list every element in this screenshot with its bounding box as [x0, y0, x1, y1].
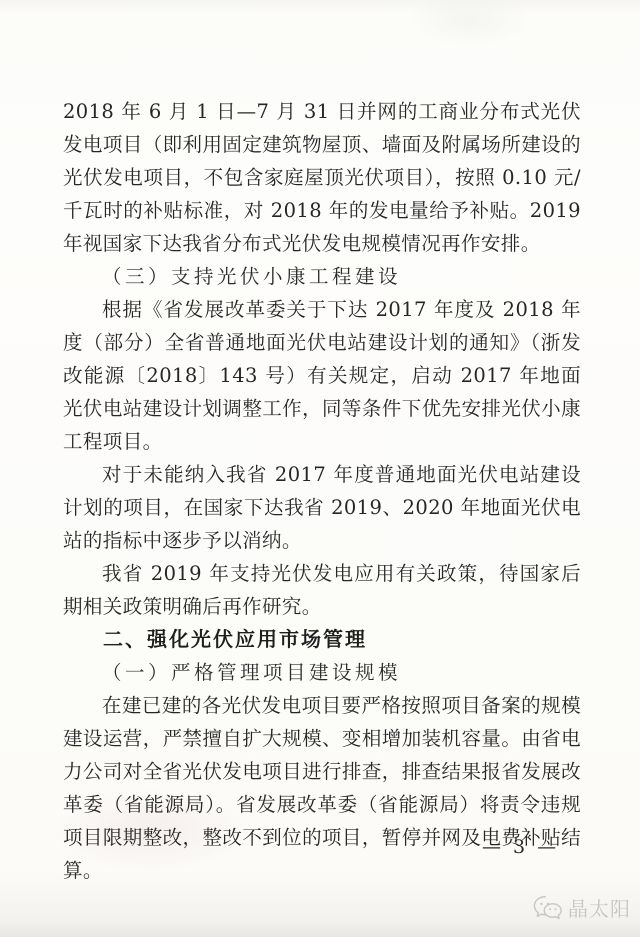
document-page: 2018 年 6 月 1 日—7 月 31 日并网的工商业分布式光伏发电项目（即…	[0, 0, 640, 937]
watermark: 晶太阳	[533, 893, 631, 922]
watermark-label: 晶太阳	[568, 893, 631, 922]
paragraph-ground-pv-plan: 根据《省发展改革委关于下达 2017 年度及 2018 年度（部分）全省普通地面…	[63, 293, 581, 458]
page-number: — 3 —	[482, 836, 559, 858]
subheading-section-3: （三）支持光伏小康工程建设	[63, 260, 581, 293]
heading-section-2: 二、强化光伏应用市场管理	[63, 623, 581, 656]
paragraph-2019-policy: 我省 2019 年支持光伏发电应用有关政策，待国家后期相关政策明确后再作研究。	[63, 557, 581, 623]
document-body: 2018 年 6 月 1 日—7 月 31 日并网的工商业分布式光伏发电项目（即…	[63, 95, 581, 887]
subheading-section-2-1: （一）严格管理项目建设规模	[63, 656, 581, 689]
paragraph-2017-plan-absorb: 对于未能纳入我省 2017 年度普通地面光伏电站建设计划的项目，在国家下达我省 …	[63, 458, 581, 557]
paragraph-continuation: 2018 年 6 月 1 日—7 月 31 日并网的工商业分布式光伏发电项目（即…	[63, 95, 581, 260]
wechat-icon	[533, 895, 563, 921]
